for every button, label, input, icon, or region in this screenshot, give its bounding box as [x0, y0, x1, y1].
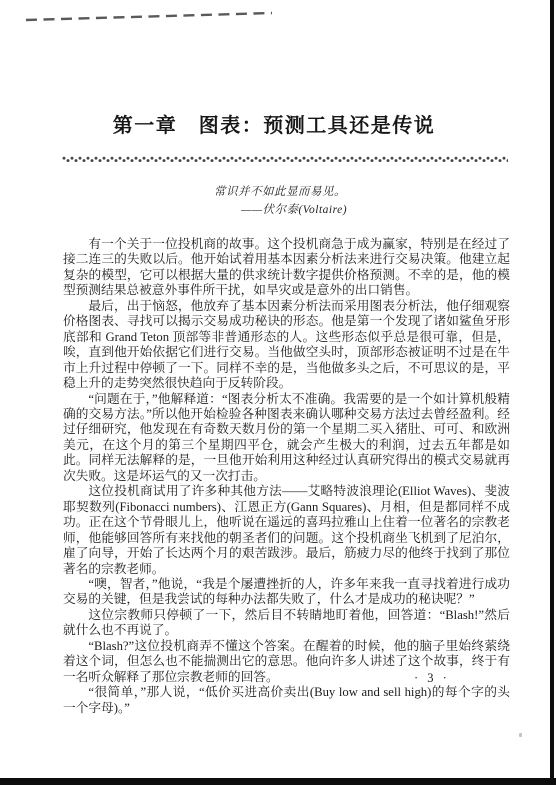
body-paragraph: “很简单，”那人说，“低价买进高价卖出(Buy low and sell hig… — [63, 685, 510, 716]
body-paragraph: “噢，智者，”他说，“我是个屡遭挫折的人，许多年来我一直寻找着进行成功交易的关键… — [63, 577, 510, 608]
epigraph: 常识并不如此显而易见。 ——伏尔泰(Voltaire) — [214, 185, 347, 218]
scan-edge-bottom — [0, 778, 556, 785]
epigraph-attribution: ——伏尔泰(Voltaire) — [241, 203, 347, 218]
body-text: 有一个关于一位投机商的故事。这个投机商急于成为赢家，特别是在经过了接二连三的失败… — [63, 237, 510, 716]
body-paragraph: 最后，出于恼怒，他放弃了基本因素分析法而采用图表分析法，他仔细观察价格图表、寻找… — [63, 299, 510, 392]
fold-dashed-line — [24, 8, 284, 24]
decorative-separator — [62, 156, 508, 163]
scan-speck — [519, 733, 522, 737]
epigraph-quote: 常识并不如此显而易见。 — [214, 185, 347, 200]
chapter-title: 第一章 图表：预测工具还是传说 — [0, 109, 548, 138]
body-paragraph: 这位宗教师只停顿了一下，然后目不转睛地盯着他，回答道：“Blash!”然后就什么… — [63, 608, 510, 639]
page-number: · 3 · — [414, 671, 450, 686]
body-paragraph: “问题在于，”他解释道：“图表分析太不准确。我需要的是一个如计算机般精确的交易方… — [63, 392, 510, 485]
scanned-page: 第一章 图表：预测工具还是传说 常识并不如此显而易见。 ——伏尔泰(Voltai… — [0, 0, 556, 785]
body-paragraph: 有一个关于一位投机商的故事。这个投机商急于成为赢家，特别是在经过了接二连三的失败… — [63, 237, 510, 299]
scan-edge-right — [550, 0, 554, 785]
body-paragraph: 这位投机商试用了许多种其他方法——艾略特波浪理论(Elliot Waves)、斐… — [63, 484, 510, 577]
